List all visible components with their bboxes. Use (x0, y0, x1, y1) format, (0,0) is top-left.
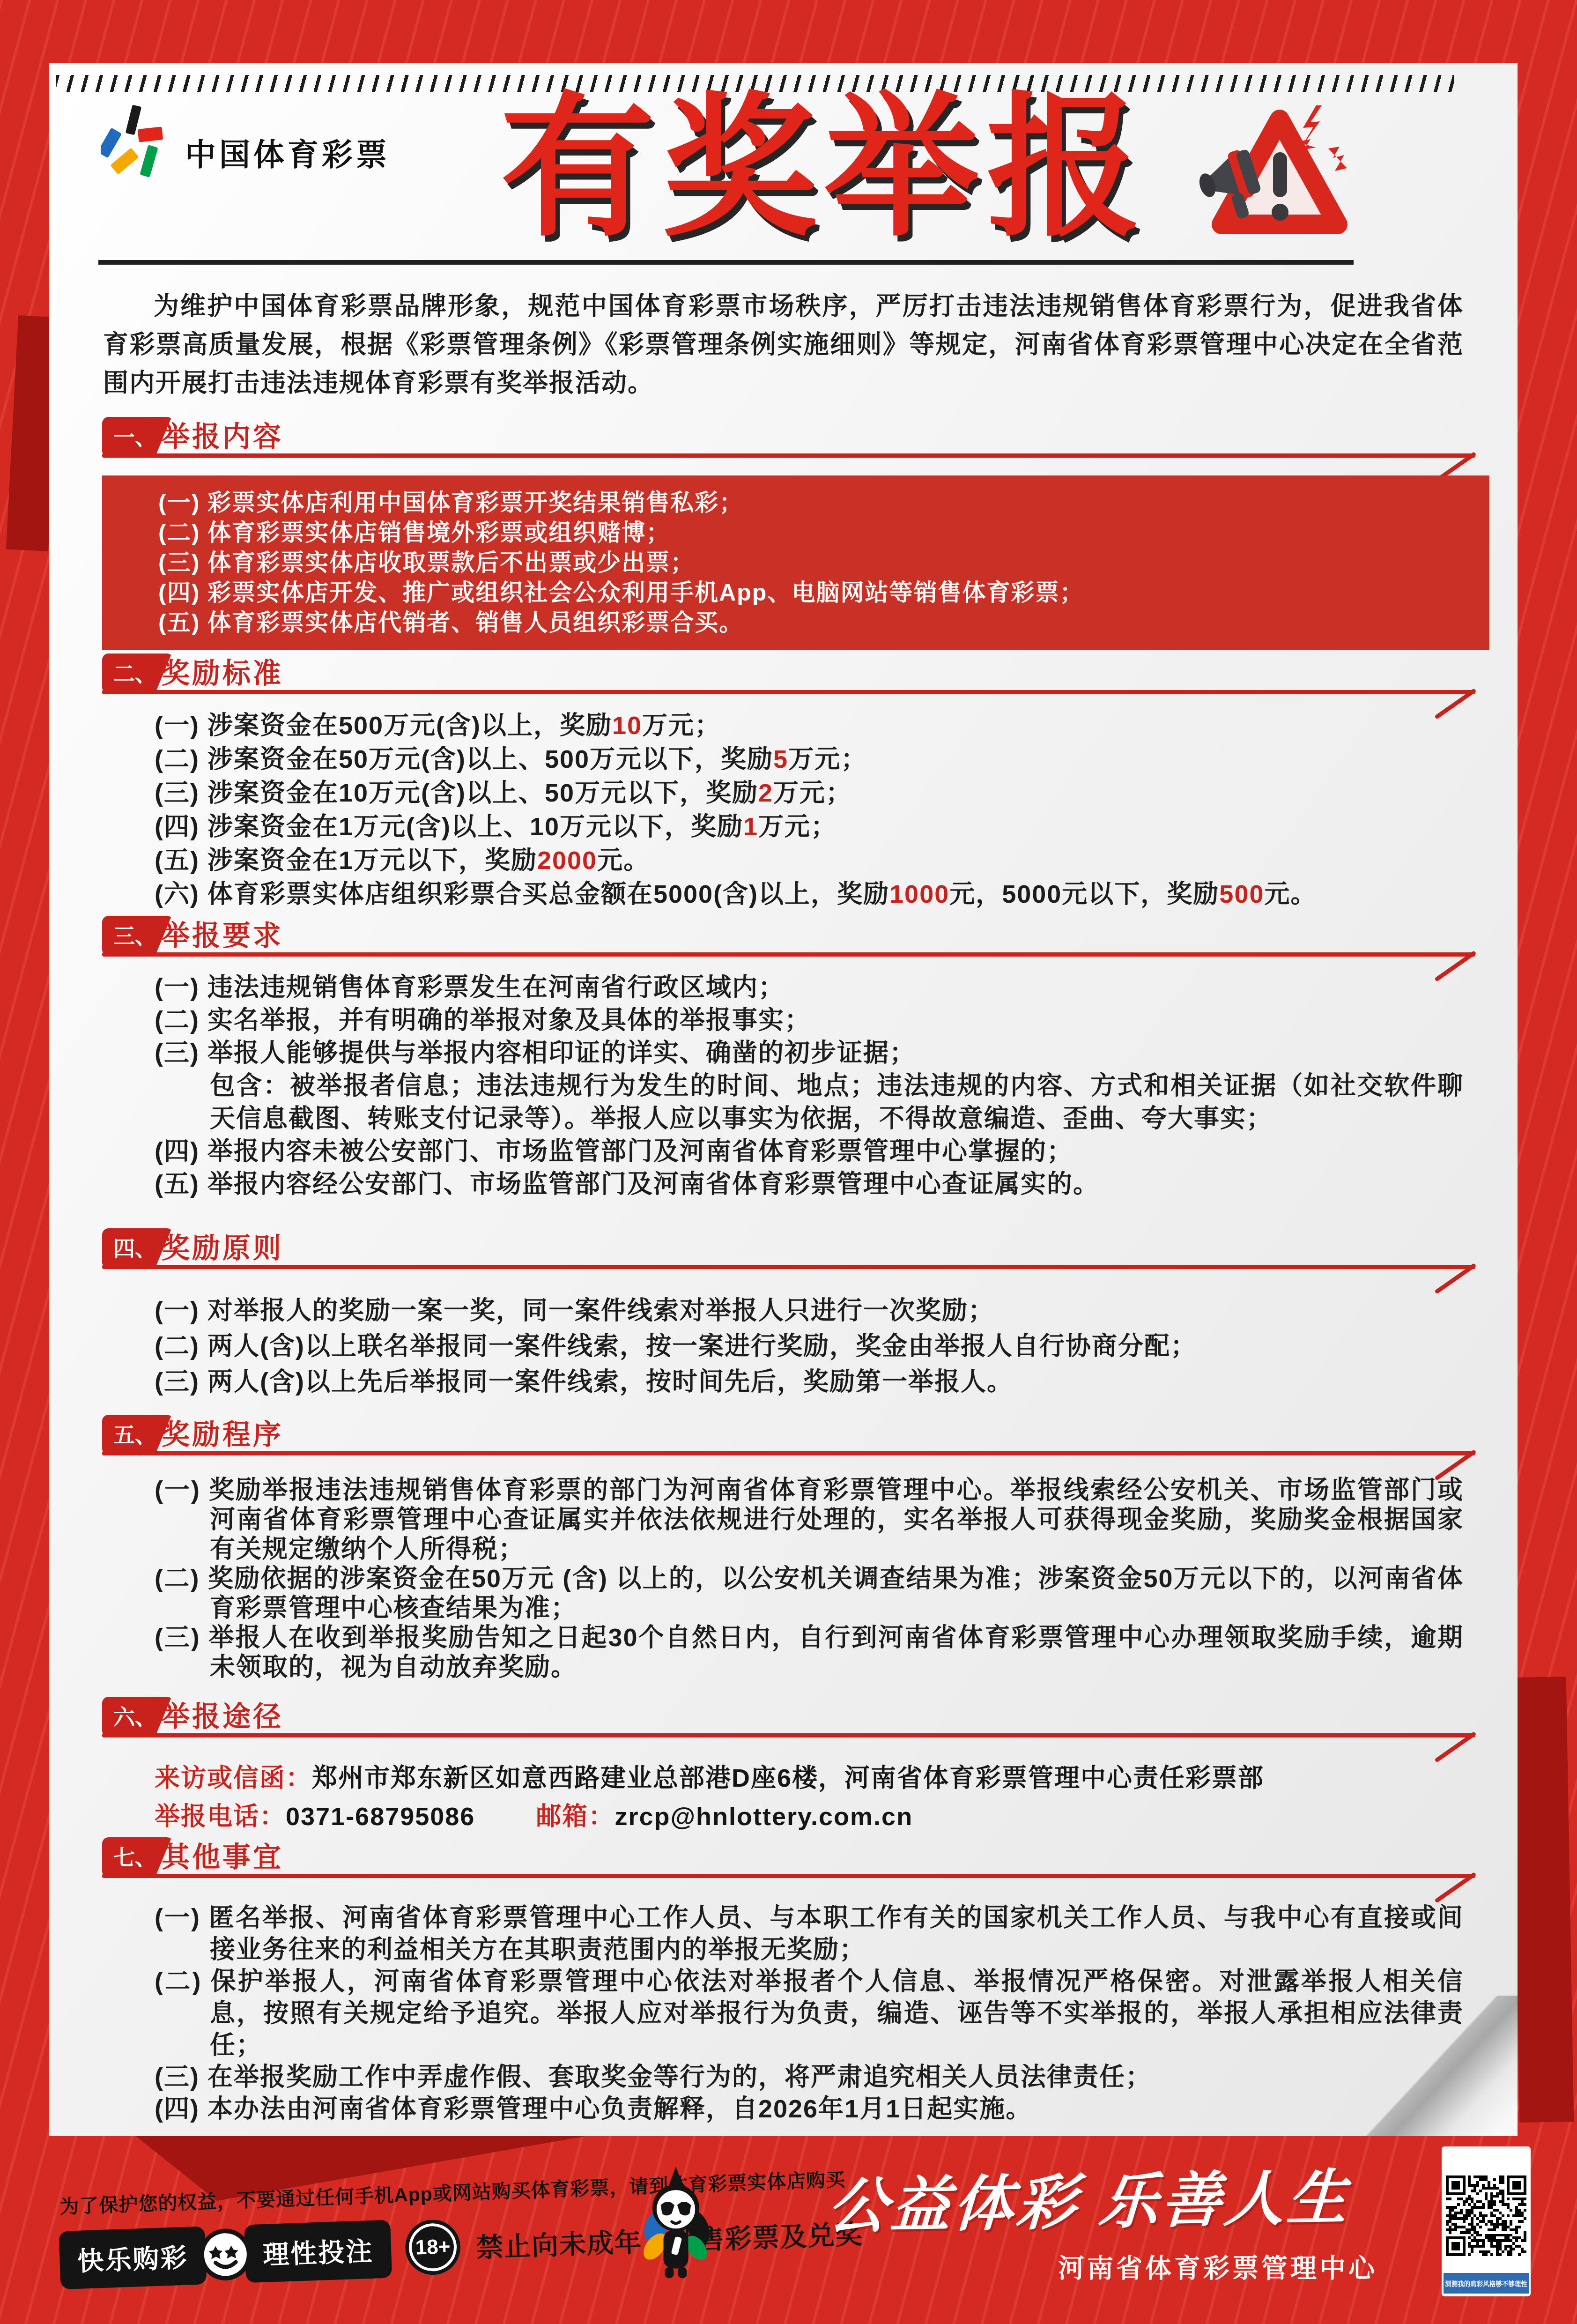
happy-lottery-badge: 快乐购彩 (60, 2228, 205, 2287)
list-item: (一) 对举报人的奖励一案一奖，同一案件线索对举报人只进行一次奖励； (155, 1293, 1464, 1329)
public-welfare-slogan: 公益体彩 乐善人生 (747, 2148, 1431, 2246)
text: 万元； (642, 712, 721, 740)
contact-value: 郑州市郑东新区如意西路建业总部港D座6楼，河南省体育彩票管理中心责任彩票部 (312, 1764, 1264, 1792)
text: 元。 (1264, 880, 1317, 908)
contact-label: 举报电话： (155, 1803, 286, 1831)
list-item: (二) 奖励依据的涉案资金在50万元 (含) 以上的，以公安机关调查结果为准；涉… (155, 1564, 1464, 1623)
list-item: (三) 两人(含)以上先后举报同一案件线索，按时间先后，奖励第一举报人。 (155, 1364, 1464, 1400)
section-underline (102, 453, 1475, 458)
list-item: (二) 保护举报人，河南省体育彩票管理中心依法对举报者个人信息、举报情况严格保密… (155, 1966, 1464, 2061)
qr-panel: 测测我的购彩风格够不够理性 (1442, 2146, 1531, 2296)
section-title: 举报途径 (162, 1697, 283, 1737)
lottery-mascot-icon (641, 2165, 711, 2282)
text: (五) 涉案资金在1万元以下，奖励 (155, 846, 537, 875)
section-header: 五、奖励程序 (49, 1415, 1518, 1457)
text: (一) 匿名举报、河南省体育彩票管理中心工作人员、与本职工作有关的国家机关工作人… (155, 1904, 1464, 1964)
poster: 中国体育彩票 有奖举报 为维护中国体育彩票品牌形象，规范中国体育彩票市场秩序，严… (0, 0, 1577, 2324)
red-text: 1 (743, 813, 758, 841)
box-item: (二) 体育彩票实体店销售境外彩票或组织赌博； (158, 518, 1461, 548)
list-item: (三) 举报人在收到举报奖励告知之日起30个自然日内，自行到河南省体育彩票管理中… (155, 1623, 1464, 1682)
list-item: (四) 举报内容未被公安部门、市场监管部门及河南省体育彩票管理中心掌握的； (155, 1135, 1464, 1168)
text: (三) 涉案资金在10万元(含)以上、50万元以下，奖励 (155, 779, 758, 807)
red-text: 2 (758, 779, 773, 807)
qr-caption: 测测我的购彩风格够不够理性 (1444, 2273, 1529, 2294)
box-item: (一) 彩票实体店利用中国体育彩票开奖结果销售私彩； (158, 488, 1461, 518)
china-sports-lottery-logo-icon (101, 104, 171, 182)
text: 被举报者信息；违法违规行为发生的时间、地点；违法违规的内容、方式和相关证据（如社… (210, 1072, 1464, 1133)
text: 元，5000元以下，奖励 (949, 880, 1219, 908)
responsible-gaming-badges: 快乐购彩 理性投注 18+ 禁止向未成年人销售彩票及兑奖 (60, 2204, 864, 2288)
contact-row: 来访或信函：郑州市郑东新区如意西路建业总部港D座6楼，河南省体育彩票管理中心责任… (155, 1759, 1518, 1797)
page-curl-decoration (1349, 1996, 1518, 2136)
section-2: 二、奖励标准(一) 涉案资金在500万元(含)以上，奖励10万元；(二) 涉案资… (49, 653, 1518, 696)
text: (四) 举报内容未被公安部门、市场监管部门及河南省体育彩票管理中心掌握的； (155, 1137, 1073, 1166)
list-item: (一) 奖励举报违法违规销售体育彩票的部门为河南省体育彩票管理中心。举报线索经公… (155, 1476, 1464, 1564)
text: 万元； (773, 779, 852, 807)
right-dark-accent (1512, 1677, 1574, 2123)
section-content: (一) 奖励举报违法违规销售体育彩票的部门为河南省体育彩票管理中心。举报线索经公… (49, 1476, 1518, 1682)
paper-sheet: 中国体育彩票 有奖举报 为维护中国体育彩票品牌形象，规范中国体育彩票市场秩序，严… (49, 63, 1518, 2136)
text: (三) 在举报奖励工作中弄虚作假、套取奖金等行为的，将严肃追究相关人员法律责任； (155, 2063, 1152, 2091)
text: (五) 举报内容经公安部门、市场监管部门及河南省体育彩票管理中心查证属实的。 (155, 1170, 1099, 1198)
red-text: 2000 (537, 846, 597, 875)
section-header: 六、举报途径 (49, 1697, 1518, 1739)
section-5: 五、奖励程序(一) 奖励举报违法违规销售体育彩票的部门为河南省体育彩票管理中心。… (49, 1415, 1518, 1457)
list-item: (四) 本办法由河南省体育彩票管理中心负责解释，自2026年1月1日起实施。 (155, 2093, 1464, 2125)
text: (三) 举报人在收到举报奖励告知之日起30个自然日内，自行到河南省体育彩票管理中… (155, 1624, 1464, 1681)
section-underline (102, 1874, 1475, 1878)
list-item: 包含：被举报者信息；违法违规行为发生的时间、地点；违法违规的内容、方式和相关证据… (210, 1069, 1464, 1135)
list-item: (五) 举报内容经公安部门、市场监管部门及河南省体育彩票管理中心查证属实的。 (155, 1168, 1464, 1201)
list-item: (五) 涉案资金在1万元以下，奖励2000元。 (155, 844, 1464, 877)
list-item: (一) 涉案资金在500万元(含)以上，奖励10万元； (155, 709, 1464, 742)
text: (六) 体育彩票实体店组织彩票合买总金额在5000(含)以上，奖励 (155, 880, 889, 908)
box-item: (四) 彩票实体店开发、推广或组织社会公众利用手机App、电脑网站等销售体育彩票… (158, 578, 1461, 608)
star-smiley-icon (196, 2226, 254, 2284)
bold-text: 包含： (210, 1072, 290, 1100)
section-content: (一) 违法违规销售体育彩票发生在河南省行政区域内；(二) 实名举报，并有明确的… (49, 971, 1518, 1201)
warning-megaphone-icon (1199, 97, 1361, 259)
section-header: 四、奖励原则 (49, 1228, 1518, 1270)
section-7: 七、其他事宜(一) 匿名举报、河南省体育彩票管理中心工作人员、与本职工作有关的国… (49, 1837, 1518, 1879)
text: (四) 本办法由河南省体育彩票管理中心负责解释，自2026年1月1日起实施。 (155, 2095, 1032, 2123)
section-underline (102, 952, 1475, 957)
text: (四) 涉案资金在1万元(含)以上、10万元以下，奖励 (155, 813, 743, 841)
section-title: 其他事宜 (162, 1837, 283, 1878)
section-underline (102, 1265, 1475, 1269)
text: (二) 实名举报，并有明确的举报对象及具体的举报事实； (155, 1006, 811, 1034)
section-content: 来访或信函：郑州市郑东新区如意西路建业总部港D座6楼，河南省体育彩票管理中心责任… (49, 1759, 1518, 1836)
rational-betting-badge: 理性投注 (246, 2222, 390, 2281)
section-underline (102, 690, 1475, 694)
age-18-plus-badge: 18+ (404, 2219, 461, 2276)
text: (二) 奖励依据的涉案资金在50万元 (含) 以上的，以公安机关调查结果为准；涉… (155, 1565, 1464, 1622)
section-title: 举报要求 (162, 916, 283, 956)
section-header: 三、举报要求 (49, 916, 1518, 958)
list-item: (一) 违法违规销售体育彩票发生在河南省行政区域内； (155, 971, 1464, 1004)
list-item: (二) 实名举报，并有明确的举报对象及具体的举报事实； (155, 1004, 1464, 1037)
section-title: 奖励原则 (162, 1228, 283, 1269)
brand-name: 中国体育彩票 (185, 130, 390, 174)
report-content-box: (一) 彩票实体店利用中国体育彩票开奖结果销售私彩；(二) 体育彩票实体店销售境… (102, 475, 1489, 650)
section-underline (102, 1733, 1475, 1737)
footer-left-group: 为了保护您的权益，不要通过任何手机App或网站购买体育彩票，请到体育彩票实体店购… (59, 2163, 864, 2288)
box-item: (五) 体育彩票实体店代销者、销售人员组织彩票合买。 (158, 608, 1461, 638)
section-4: 四、奖励原则(一) 对举报人的奖励一案一奖，同一案件线索对举报人只进行一次奖励；… (49, 1228, 1518, 1270)
contact-value: zrcp@hnlottery.com.cn (615, 1803, 913, 1831)
section-content: (一) 匿名举报、河南省体育彩票管理中心工作人员、与本职工作有关的国家机关工作人… (49, 1902, 1518, 2125)
text: (一) 奖励举报违法违规销售体育彩票的部门为河南省体育彩票管理中心。举报线索经公… (155, 1476, 1464, 1563)
list-item: (三) 涉案资金在10万元(含)以上、50万元以下，奖励2万元； (155, 776, 1464, 810)
contact-label: 来访或信函： (155, 1764, 312, 1792)
list-item: (二) 两人(含)以上联名举报同一案件线索，按一案进行奖励，奖金由举报人自行协商… (155, 1329, 1464, 1364)
text: (一) 违法违规销售体育彩票发生在河南省行政区域内； (155, 973, 785, 1002)
qr-code (1446, 2176, 1526, 2256)
section-underline (102, 1451, 1475, 1455)
list-item: (一) 匿名举报、河南省体育彩票管理中心工作人员、与本职工作有关的国家机关工作人… (155, 1902, 1464, 1966)
section-header: 二、奖励标准 (49, 653, 1518, 696)
intro-paragraph: 为维护中国体育彩票品牌形象，规范中国体育彩票市场秩序，严厉打击违法违规销售体育彩… (103, 287, 1464, 402)
red-text: 10 (612, 712, 642, 740)
red-text: 500 (1219, 880, 1264, 908)
section-6: 六、举报途径来访或信函：郑州市郑东新区如意西路建业总部港D座6楼，河南省体育彩票… (49, 1697, 1518, 1739)
text: (二) 保护举报人，河南省体育彩票管理中心依法对举报者个人信息、举报情况严格保密… (155, 1968, 1464, 2059)
title-underline (98, 260, 1354, 265)
footer-band: 为了保护您的权益，不要通过任何手机App或网站购买体育彩票，请到体育彩票实体店购… (0, 2136, 1577, 2324)
contact-label: 邮箱： (536, 1803, 615, 1831)
list-item: (四) 涉案资金在1万元(含)以上、10万元以下，奖励1万元； (155, 810, 1464, 844)
section-header: 七、其他事宜 (49, 1837, 1518, 1879)
text: (二) 涉案资金在50万元(含)以上、500万元以下，奖励 (155, 745, 773, 773)
text: 万元； (788, 745, 867, 773)
poster-title: 有奖举报 (440, 92, 1208, 247)
text: (三) 两人(含)以上先后举报同一案件线索，按时间先后，奖励第一举报人。 (155, 1368, 1013, 1396)
text: (三) 举报人能够提供与举报内容相印证的详实、确凿的初步证据； (155, 1039, 916, 1067)
contact-row: 举报电话：0371-68795086邮箱：zrcp@hnlottery.com.… (155, 1797, 1518, 1836)
section-content: (一) 涉案资金在500万元(含)以上，奖励10万元；(二) 涉案资金在50万元… (49, 709, 1518, 911)
list-item: (六) 体育彩票实体店组织彩票合买总金额在5000(含)以上，奖励1000元，5… (155, 877, 1464, 911)
section-content: (一) 对举报人的奖励一案一奖，同一案件线索对举报人只进行一次奖励；(二) 两人… (49, 1293, 1518, 1400)
red-text: 1000 (889, 880, 949, 908)
text: 元。 (597, 846, 650, 875)
section-title: 奖励程序 (162, 1415, 283, 1455)
box-item: (三) 体育彩票实体店收取票款后不出票或少出票； (158, 548, 1461, 578)
section-header: 一、举报内容 (49, 417, 1518, 459)
list-item: (二) 涉案资金在50万元(含)以上、500万元以下，奖励5万元； (155, 742, 1464, 776)
section-1: 一、举报内容(一) 彩票实体店利用中国体育彩票开奖结果销售私彩；(二) 体育彩票… (49, 417, 1518, 459)
red-text: 5 (773, 745, 788, 773)
section-title: 举报内容 (162, 417, 283, 457)
section-title: 奖励标准 (162, 653, 283, 694)
list-item: (三) 举报人能够提供与举报内容相印证的详实、确凿的初步证据； (155, 1037, 1464, 1069)
text: 万元； (758, 813, 837, 841)
text: (一) 涉案资金在500万元(含)以上，奖励 (155, 712, 612, 740)
list-item: (三) 在举报奖励工作中弄虚作假、套取奖金等行为的，将严肃追究相关人员法律责任； (155, 2061, 1464, 2093)
contact-value: 0371-68795086 (286, 1803, 475, 1831)
text: (一) 对举报人的奖励一案一奖，同一案件线索对举报人只进行一次奖励； (155, 1297, 994, 1325)
organization-name: 河南省体育彩票管理中心 (1007, 2248, 1429, 2285)
section-3: 三、举报要求(一) 违法违规销售体育彩票发生在河南省行政区域内；(二) 实名举报… (49, 916, 1518, 958)
section-content: (一) 彩票实体店利用中国体育彩票开奖结果销售私彩；(二) 体育彩票实体店销售境… (49, 475, 1518, 650)
text: (二) 两人(含)以上联名举报同一案件线索，按一案进行奖励，奖金由举报人自行协商… (155, 1332, 1197, 1360)
